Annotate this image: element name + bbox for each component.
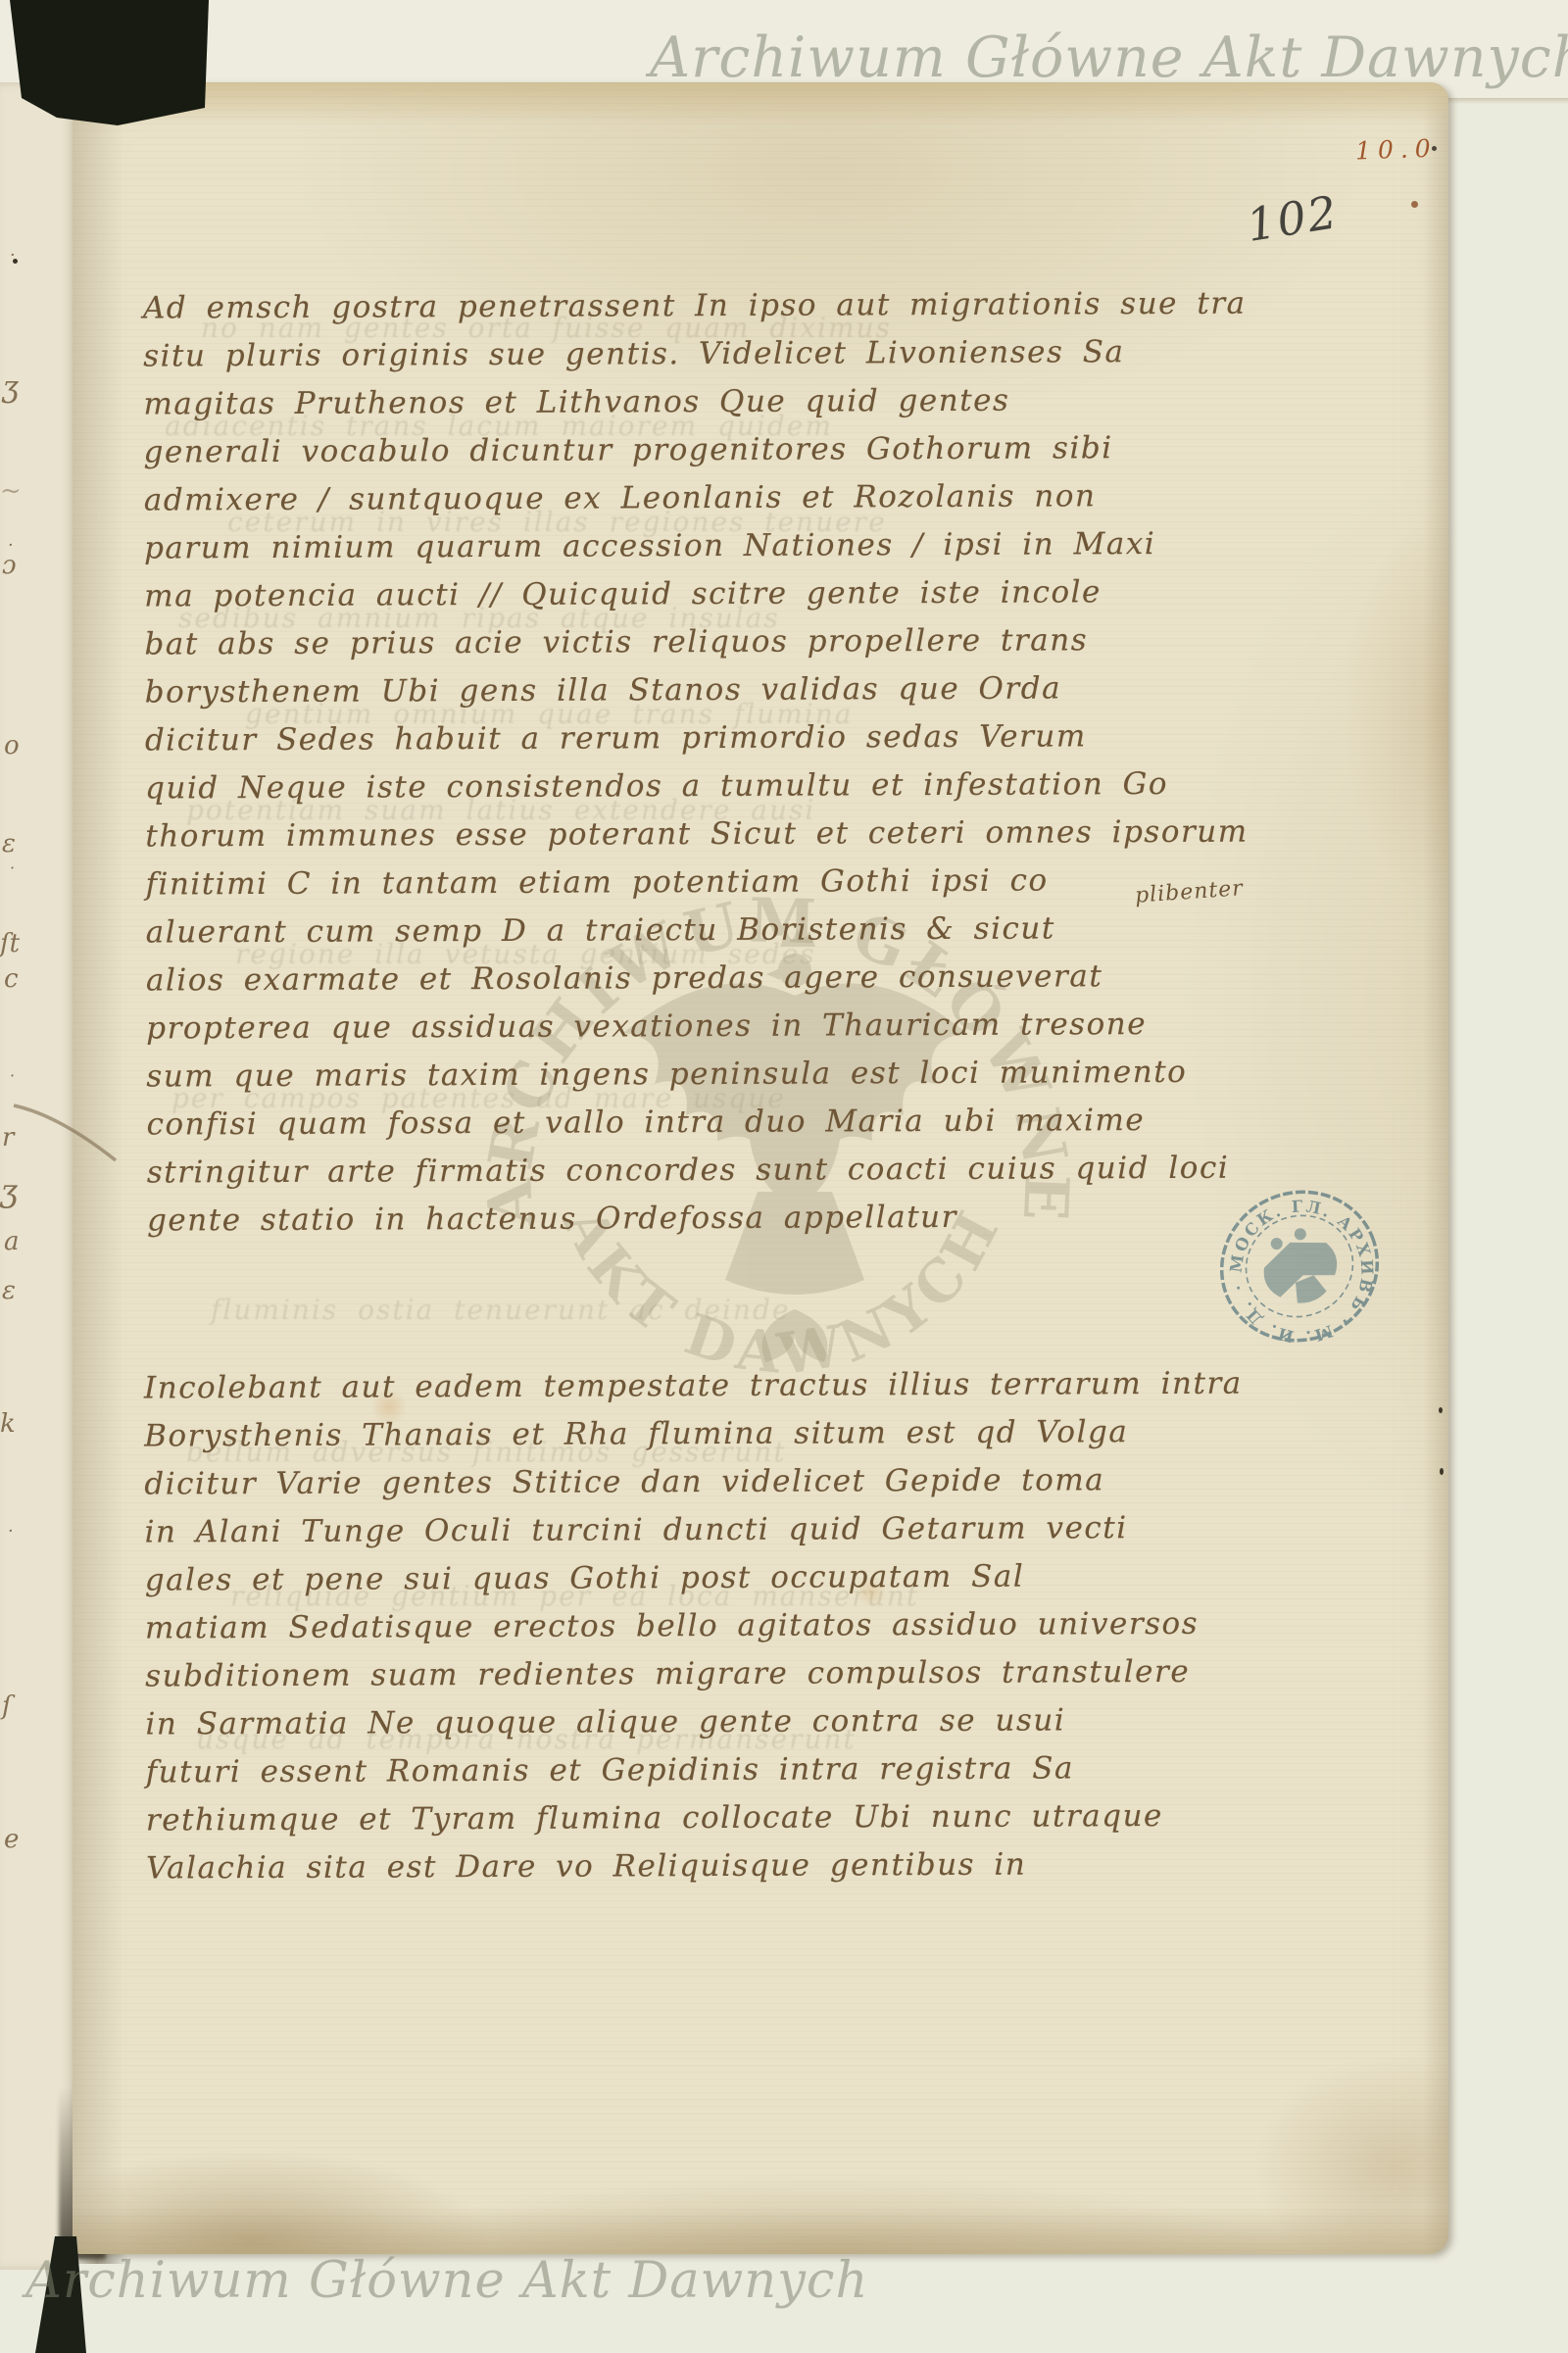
ms-line: subditionem suam redientes migrare compu… xyxy=(145,1647,1282,1700)
ms-line: alios exarmate et Rosolanis predas agere… xyxy=(146,952,1283,1005)
ms-line: thorum immunes esse poterant Sicut et ce… xyxy=(145,808,1282,860)
edge-fragment: ʒ xyxy=(2,370,19,405)
ms-line: magitas Pruthenos et Lithvanos Que quid … xyxy=(143,375,1280,428)
moscow-archive-stamp: · МОСК. ГЛ. АРХИВЪ · М. И. Д. xyxy=(1211,1182,1388,1350)
edge-fragment: e xyxy=(4,1825,19,1854)
edge-fragment: · xyxy=(8,1521,14,1542)
manuscript-paragraph-2: Incolebant aut eadem tempestate tractus … xyxy=(144,1359,1283,1892)
ms-line: admixere / suntquoque ex Leonlanis et Ro… xyxy=(144,471,1281,524)
ms-line: quid Neque iste consistendos a tumultu e… xyxy=(145,760,1282,812)
ms-line: stringitur arte firmatis concordes sunt … xyxy=(147,1144,1284,1197)
ms-line: sum que maris taxim ingens peninsula est… xyxy=(146,1048,1283,1101)
edge-fragment: k xyxy=(0,1409,16,1439)
ms-line: futuri essent Romanis et Gepidinis intra… xyxy=(146,1743,1283,1796)
ms-line: dicitur Varie gentes Stitice dan videlic… xyxy=(144,1455,1281,1508)
ms-line: rethiumque et Tyram flumina collocate Ub… xyxy=(146,1791,1283,1844)
ms-line: Incolebant aut eadem tempestate tractus … xyxy=(144,1359,1281,1412)
ms-line: in Sarmatia Ne quoque alique gente contr… xyxy=(145,1695,1282,1748)
archival-scan: ARCHIWUM GŁÓWNE AKT DAWNYCH no nam gente… xyxy=(0,0,1568,2353)
folio-number-ink: 10.0 xyxy=(1355,134,1439,166)
edge-fragment: ɔ xyxy=(2,551,17,580)
gutter-swash-stroke xyxy=(0,1078,157,1186)
edge-speck xyxy=(1439,1407,1443,1413)
ms-line: matiam Sedatisque erectos bello agitatos… xyxy=(145,1599,1282,1652)
ms-line: Borysthenis Thanais et Rha flumina situm… xyxy=(144,1407,1281,1460)
ms-line: confisi quam fossa et vallo intra duo Ma… xyxy=(147,1096,1284,1149)
edge-fragment: ɛ xyxy=(2,829,16,858)
ms-line: propterea que assiduas vexationes in Tha… xyxy=(146,1000,1283,1053)
edge-fragment: a xyxy=(4,1227,20,1256)
ms-line: in Alani Tunge Oculi turcini duncti quid… xyxy=(144,1503,1281,1556)
archive-watermark-bottom: Archiwum Główne Akt Dawnych xyxy=(25,2252,868,2310)
manuscript-paragraph-1: Ad emsch gostra penetrassent In ipso aut… xyxy=(143,279,1284,1245)
ms-line: ma potencia aucti // Quicquid scitre gen… xyxy=(144,567,1281,620)
edge-speck xyxy=(1440,1468,1444,1475)
ms-line: Ad emsch gostra penetrassent In ipso aut… xyxy=(143,279,1280,332)
edge-fragment: · xyxy=(10,858,15,877)
ms-line: gales et pene sui quas Gothi post occupa… xyxy=(145,1551,1282,1604)
ms-line: bat abs se prius acie victis reliquos pr… xyxy=(144,615,1281,668)
edge-fragment: ~ xyxy=(0,476,22,506)
edge-fragment: o xyxy=(4,731,20,760)
ms-line: situ pluris originis sue gentis. Videlic… xyxy=(143,327,1280,380)
rust-speck xyxy=(1411,201,1418,208)
edge-fragment: ɛ xyxy=(2,1276,16,1305)
ms-line: Valachia sita est Dare vo Reliquisque ge… xyxy=(146,1839,1283,1892)
ms-line: parum nimium quarum accession Nationes /… xyxy=(144,519,1281,572)
stamp-double-eagle xyxy=(1251,1219,1347,1314)
ms-line: borysthenem Ubi gens illa Stanos validas… xyxy=(145,663,1282,716)
edge-fragment: c xyxy=(4,964,19,994)
ms-line: dicitur Sedes habuit a rerum primordio s… xyxy=(145,711,1282,764)
ms-line: aluerant cum semp D a traiectu Boristeni… xyxy=(146,904,1283,956)
edge-fragment: ſt xyxy=(0,929,20,958)
ms-line: generali vocabulo dicuntur progenitores … xyxy=(144,423,1281,476)
ms-line: gente statio in hactenus Ordefossa appel… xyxy=(147,1192,1284,1245)
ms-line: finitimi C in tantam etiam potentiam Got… xyxy=(145,856,1282,908)
archive-watermark-top: Archiwum Główne Akt Dawnych xyxy=(650,25,1568,90)
edge-fragment: ſ xyxy=(2,1691,12,1721)
edge-speck xyxy=(13,259,18,264)
